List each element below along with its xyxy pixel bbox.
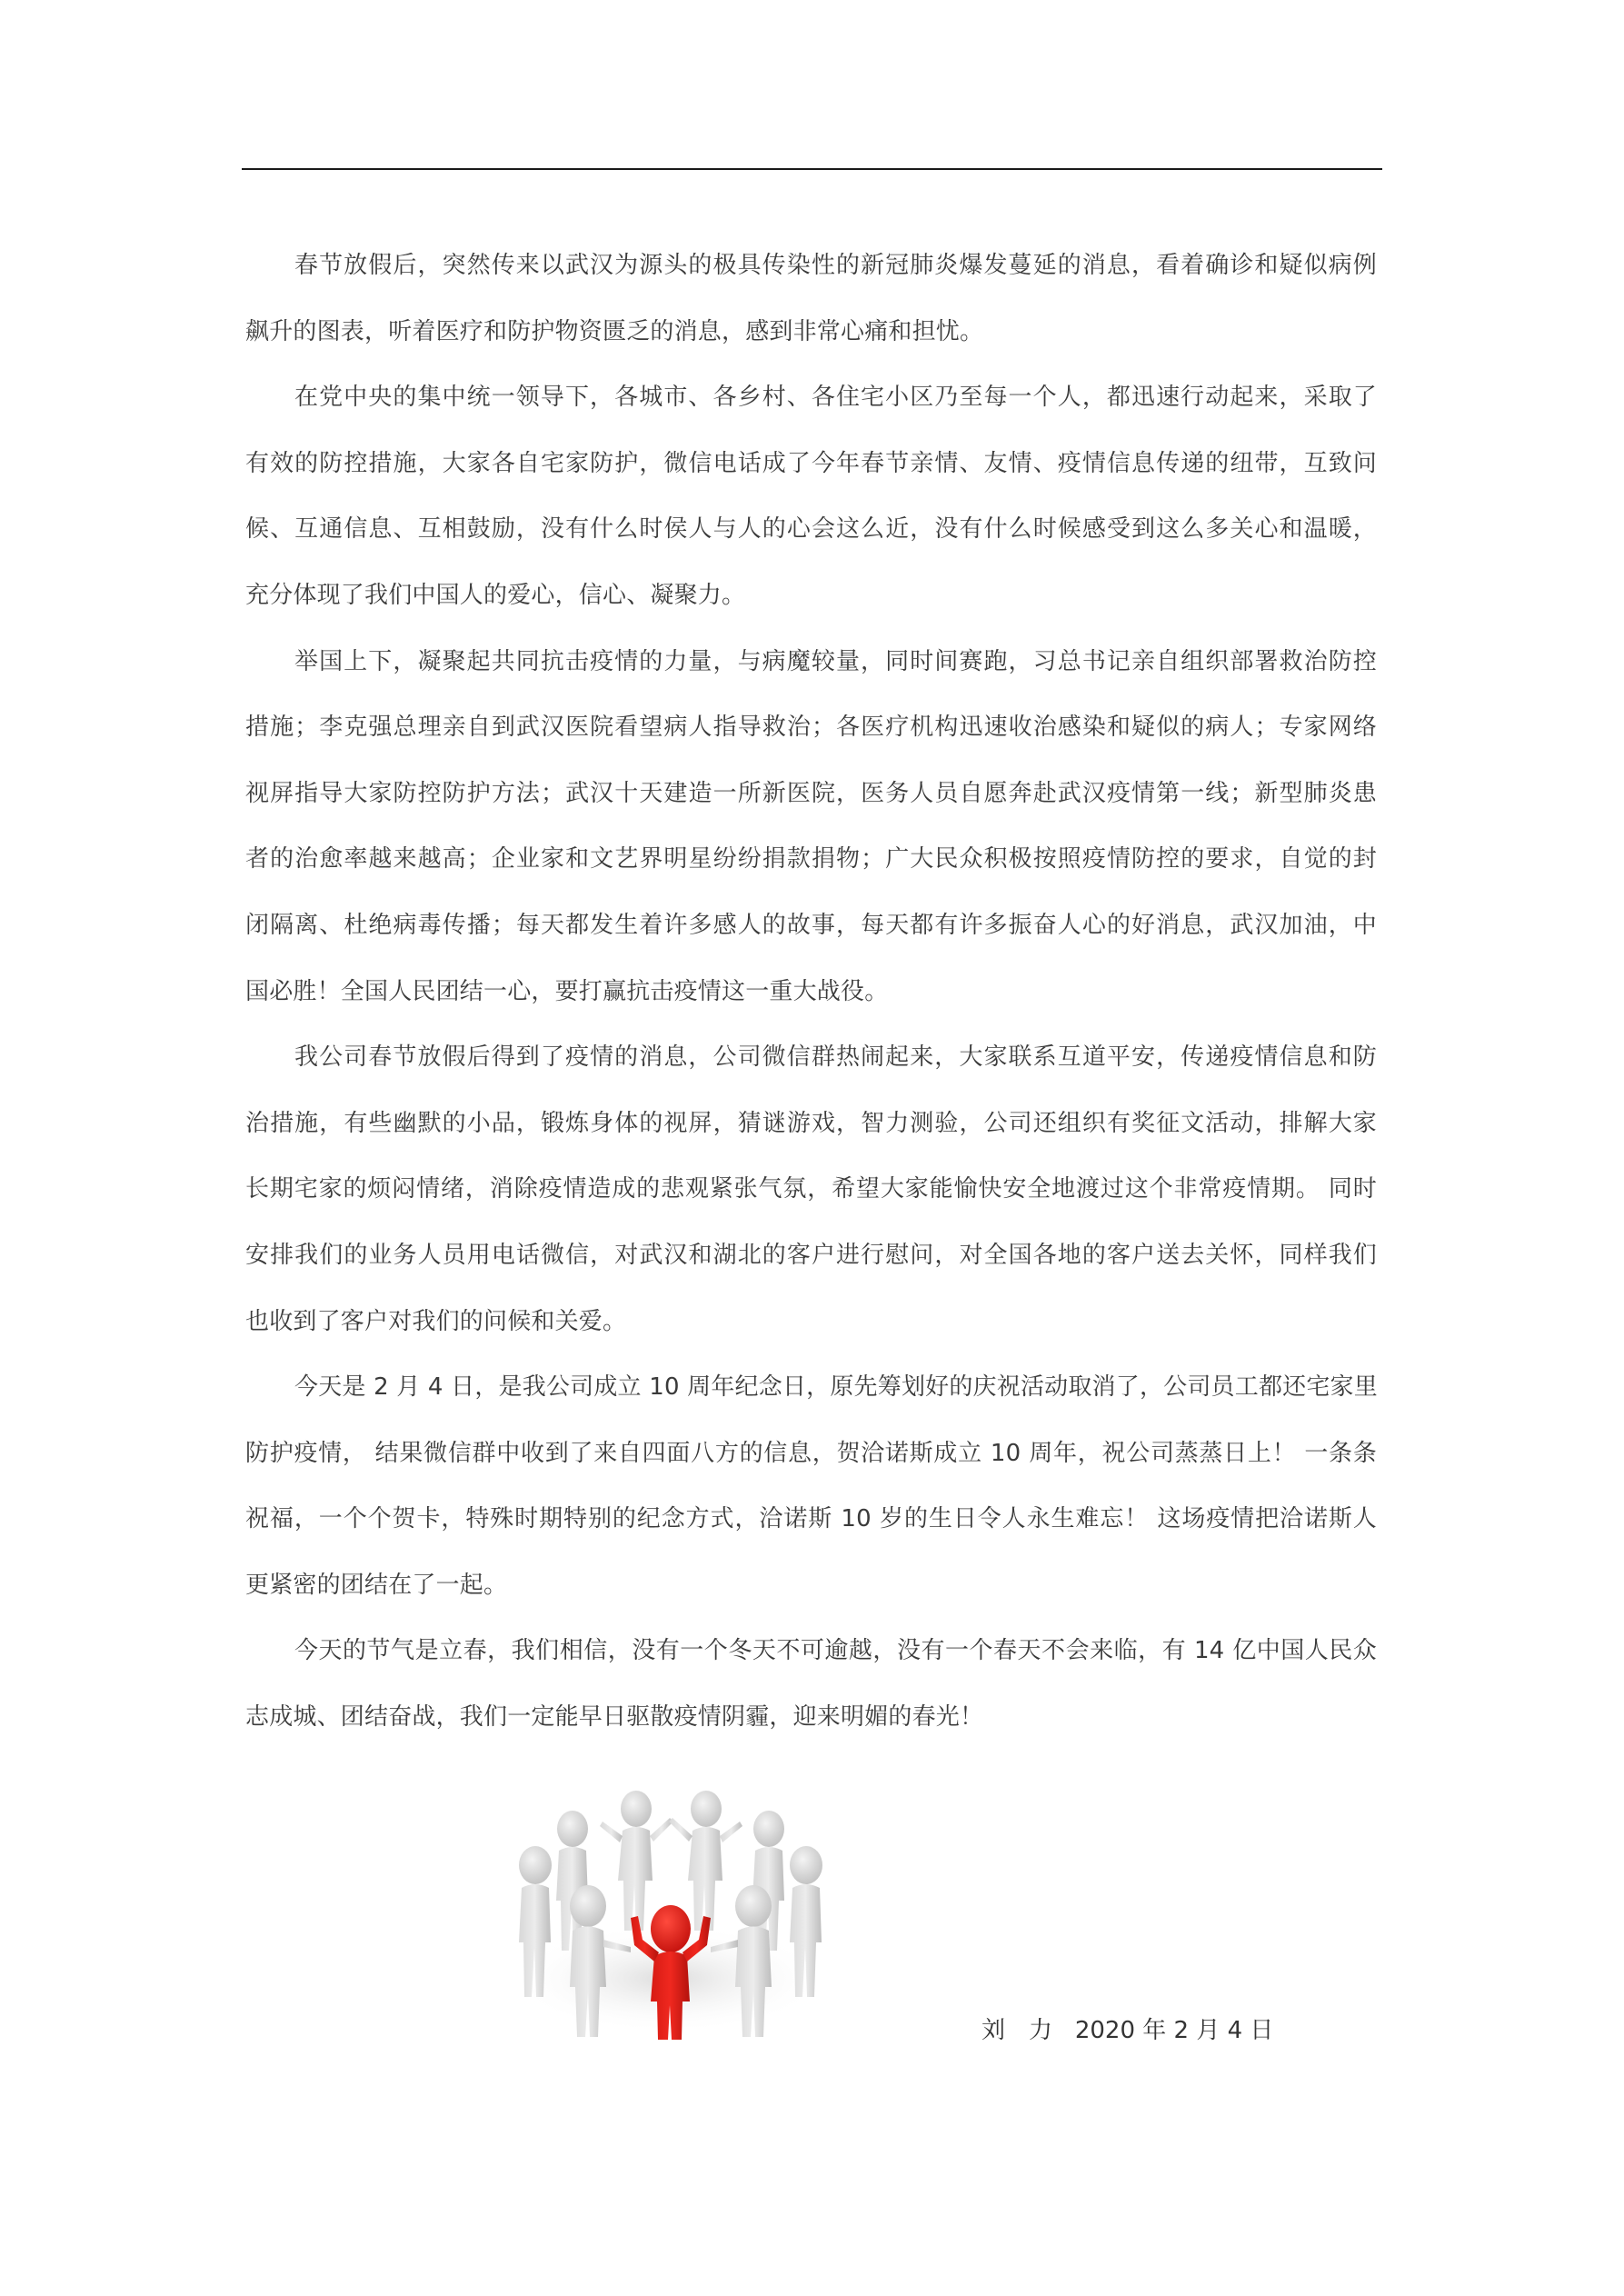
signature-name: 刘 力 xyxy=(981,2017,1052,2044)
paragraph-2: 在党中央的集中统一领导下，各城市、各乡村、各住宅小区乃至每一个人，都迅速行动起来… xyxy=(245,364,1377,628)
text-line: 春节放假后，突然传来以武汉为源头的极具传染性的新冠肺炎爆发蔓延的消息，看着确诊和… xyxy=(245,233,1377,299)
text-line: 志成城、团结奋战，我们一定能早日驱散疫情阴霾，迎来明媚的春光！ xyxy=(245,1684,1377,1751)
text-line: 我公司春节放假后得到了疫情的消息，公司微信群热闹起来，大家联系互道平安，传递疫情… xyxy=(245,1024,1377,1091)
text-line: 措施；李克强总理亲自到武汉医院看望病人指导救治；各医疗机构迅速收治感染和疑似的病… xyxy=(245,694,1377,761)
text-line: 国必胜！全国人民团结一心，要打赢抗击疫情这一重大战役。 xyxy=(245,959,1377,1025)
text-line: 者的治愈率越来越高；企业家和文艺界明星纷纷捐款捐物；广大民众积极按照疫情防控的要… xyxy=(245,826,1377,893)
text-line: 有效的防控措施，大家各自宅家防护，微信电话成了今年春节亲情、友情、疫情信息传递的… xyxy=(245,431,1377,497)
text-line: 闭隔离、杜绝病毒传播；每天都发生着许多感人的故事，每天都有许多振奋人心的好消息，… xyxy=(245,893,1377,959)
text-line: 长期宅家的烦闷情绪，消除疫情造成的悲观紧张气氛，希望大家能愉快安全地渡过这个非常… xyxy=(245,1156,1377,1223)
text-line: 也收到了客户对我们的问候和关爱。 xyxy=(245,1289,1377,1355)
text-line: 更紧密的团结在了一起。 xyxy=(245,1552,1377,1619)
paragraph-1: 春节放假后，突然传来以武汉为源头的极具传染性的新冠肺炎爆发蔓延的消息，看着确诊和… xyxy=(245,233,1377,364)
paragraph-4: 我公司春节放假后得到了疫情的消息，公司微信群热闹起来，大家联系互道平安，传递疫情… xyxy=(245,1024,1377,1354)
paragraph-6: 今天的节气是立春，我们相信，没有一个冬天不可逾越，没有一个春天不会来临，有 14… xyxy=(245,1618,1377,1750)
text-line: 今天是 2 月 4 日，是我公司成立 10 周年纪念日，原先筹划好的庆祝活动取消… xyxy=(245,1354,1377,1421)
text-line: 祝福，一个个贺卡，特殊时期特别的纪念方式，洽诺斯 10 岁的生日令人永生难忘！ … xyxy=(245,1486,1377,1552)
text-line: 候、互通信息、互相鼓励，没有什么时侯人与人的心会这么近，没有什么时候感受到这么多… xyxy=(245,496,1377,563)
text-line: 充分体现了我们中国人的爱心，信心、凝聚力。 xyxy=(245,563,1377,629)
text-line: 治措施，有些幽默的小品，锻炼身体的视屏，猜谜游戏，智力测验，公司还组织有奖征文活… xyxy=(245,1091,1377,1157)
text-line: 在党中央的集中统一领导下，各城市、各乡村、各住宅小区乃至每一个人，都迅速行动起来… xyxy=(245,364,1377,431)
text-line: 安排我们的业务人员用电话微信，对武汉和湖北的客户进行慰问，对全国各地的客户送去关… xyxy=(245,1223,1377,1289)
signature: 刘 力 2020 年 2 月 4 日 xyxy=(981,2012,1273,2049)
header-rule xyxy=(242,168,1382,170)
signature-date: 2020 年 2 月 4 日 xyxy=(1075,2017,1274,2044)
paragraph-5: 今天是 2 月 4 日，是我公司成立 10 周年纪念日，原先筹划好的庆祝活动取消… xyxy=(245,1354,1377,1618)
team-circle-illustration xyxy=(502,1783,834,2042)
text-line: 飙升的图表，听着医疗和防护物资匮乏的消息，感到非常心痛和担忧。 xyxy=(245,299,1377,365)
letter-body: 春节放假后，突然传来以武汉为源头的极具传染性的新冠肺炎爆发蔓延的消息，看着确诊和… xyxy=(245,233,1377,1751)
text-line: 今天的节气是立春，我们相信，没有一个冬天不可逾越，没有一个春天不会来临，有 14… xyxy=(245,1618,1377,1684)
paragraph-3: 举国上下，凝聚起共同抗击疫情的力量，与病魔较量，同时间赛跑，习总书记亲自组织部署… xyxy=(245,629,1377,1025)
text-line: 视屏指导大家防控防护方法；武汉十天建造一所新医院，医务人员自愿奔赴武汉疫情第一线… xyxy=(245,761,1377,827)
text-line: 防护疫情， 结果微信群中收到了来自四面八方的信息，贺洽诺斯成立 10 周年，祝公… xyxy=(245,1421,1377,1487)
text-line: 举国上下，凝聚起共同抗击疫情的力量，与病魔较量，同时间赛跑，习总书记亲自组织部署… xyxy=(245,629,1377,695)
